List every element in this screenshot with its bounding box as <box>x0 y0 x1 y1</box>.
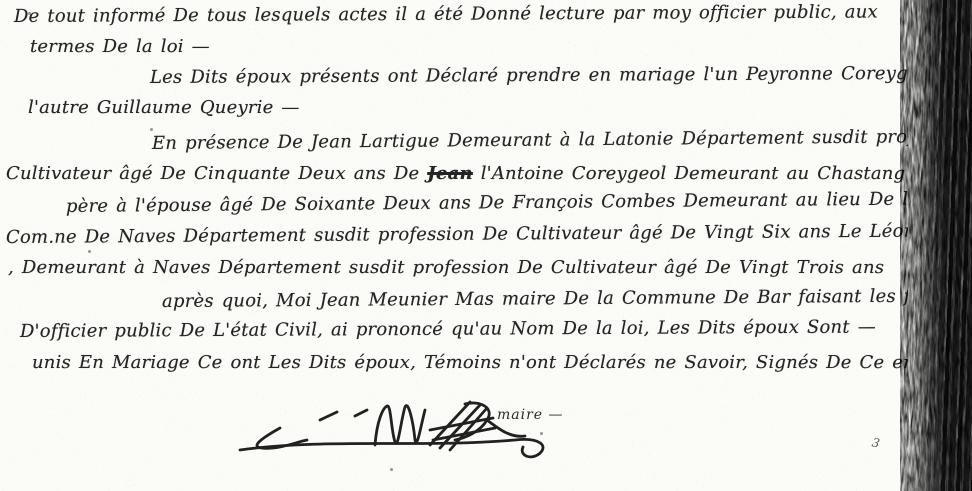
manuscript-line-8: Com.ne De Naves Département susdit profe… <box>6 220 972 248</box>
ink-speck <box>150 128 153 131</box>
manuscript-line-11: D'officier public De L'état Civil, ai pr… <box>20 317 876 342</box>
ink-speck <box>390 468 393 471</box>
manuscript-line-2: termes De la loi — <box>30 36 210 57</box>
ink-speck <box>88 250 91 253</box>
ink-speck <box>660 300 663 303</box>
manuscript-line-4: l'autre Guillaume Queyrie — <box>28 97 300 118</box>
manuscript-line-1: De tout informé De tous lesquels actes i… <box>14 1 878 27</box>
ink-speck <box>28 12 31 15</box>
ink-speck <box>540 432 543 435</box>
margin-mark: 3 <box>871 435 881 450</box>
manuscript-line-3: Les Dits époux présents ont Déclaré pren… <box>150 63 936 88</box>
mayor-signature-flourish <box>225 390 565 470</box>
manuscript-line-6: Cultivateur âgé De Cinquante Deux ans De… <box>6 163 972 184</box>
scanned-document-page: De tout informé De tous lesquels actes i… <box>0 0 972 491</box>
signature-title-maire: maire — <box>497 407 564 423</box>
line-6-post: l'Antoine Coreygeol Demeurant au Chastan… <box>473 163 972 184</box>
manuscript-line-7: père à l'épouse âgé De Soixante Deux ans… <box>66 188 972 217</box>
struck-out-word: Jean <box>427 163 473 184</box>
scan-gutter-band <box>908 0 972 491</box>
manuscript-line-9: , Demeurant à Naves Département susdit p… <box>8 257 884 278</box>
manuscript-line-10: après quoi, Moi Jean Meunier Mas maire D… <box>162 285 972 312</box>
manuscript-line-12: unis En Mariage Ce ont Les Dits époux, T… <box>32 352 954 373</box>
manuscript-line-5: En présence De Jean Lartigue Demeurant à… <box>152 126 972 154</box>
line-6-pre: Cultivateur âgé De Cinquante Deux ans De <box>6 163 427 184</box>
